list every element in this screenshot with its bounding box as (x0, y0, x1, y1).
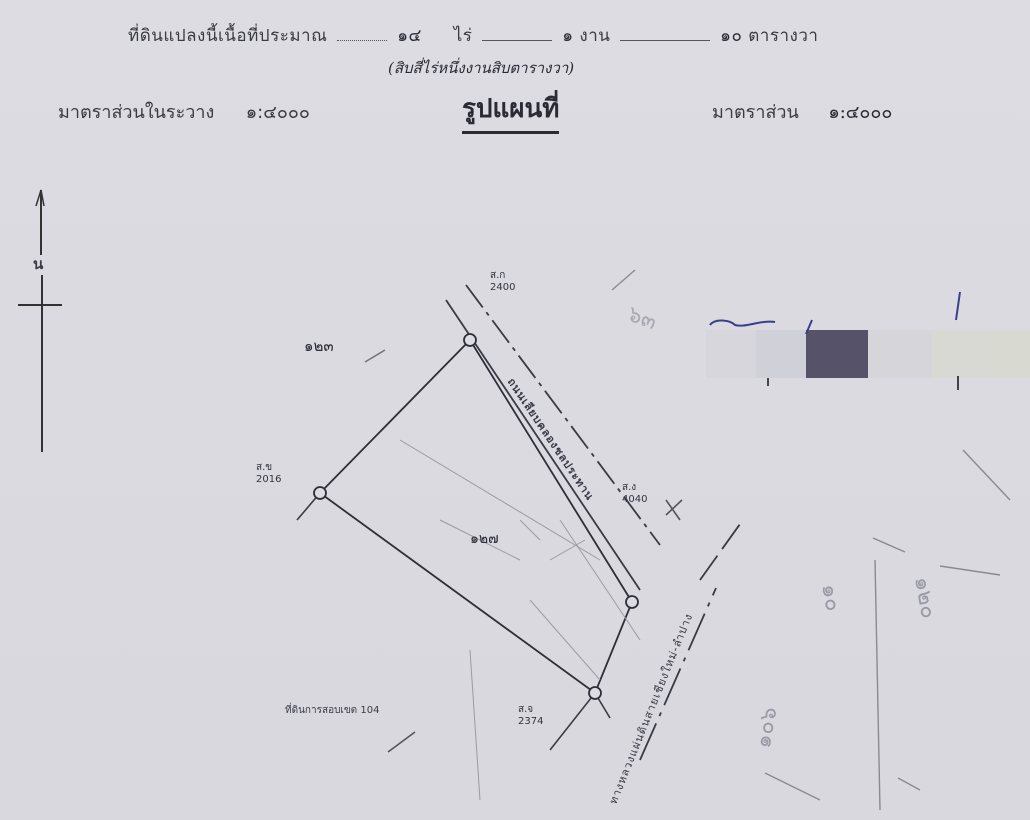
marker-top-label: ส.ก 2400 (490, 270, 515, 294)
blue-ink-marks (710, 292, 960, 390)
north-arrow-icon (18, 190, 62, 452)
marker-top-icon (464, 334, 476, 346)
marker-left-label: ส.ข 2016 (256, 462, 281, 486)
marker-right-icon (626, 596, 638, 608)
survey-note: ที่ดินการสอบเขต 104 (285, 703, 379, 718)
boundary-markers (314, 334, 638, 699)
parcel-number: ๑๒๗ (470, 528, 499, 550)
parcel-boundary (320, 340, 632, 693)
map-drawing (0, 0, 1030, 820)
highway-lines (640, 524, 740, 760)
pencil-number-3: ๑๒๐ (905, 574, 947, 621)
north-label: น (33, 252, 43, 276)
pencil-sketch-lines (400, 440, 640, 800)
pencil-number-4: ๑๐๖ (745, 704, 787, 751)
neighbor-parcel-number: ๑๒๓ (304, 334, 334, 358)
marker-left-icon (314, 487, 326, 499)
marker-right-label: ส.ง 4040 (622, 482, 647, 506)
pencil-annotations (612, 270, 1010, 810)
marker-bottom-label: ส.จ 2374 (518, 704, 543, 728)
marker-bottom-icon (589, 687, 601, 699)
